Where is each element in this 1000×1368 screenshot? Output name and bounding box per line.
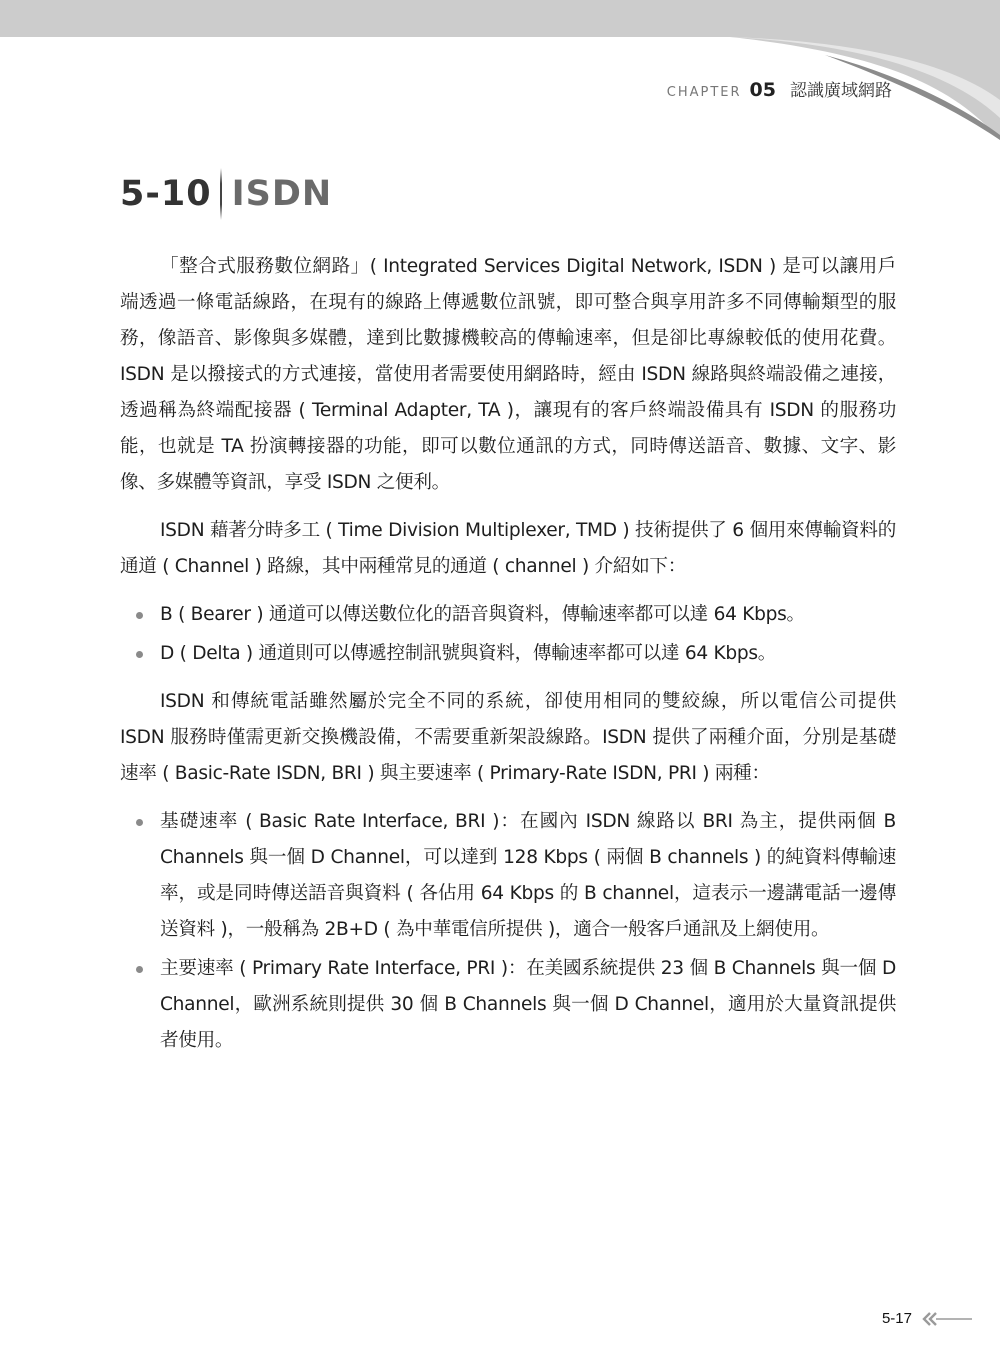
section-number: 5-10	[120, 174, 212, 214]
list-item-text: 主要速率 ( Primary Rate Interface, PRI )：在美國…	[160, 958, 896, 1051]
paragraph-intro: 「整合式服務數位網路」( Integrated Services Digital…	[120, 249, 896, 501]
list-item: B ( Bearer ) 通道可以傳送數位化的語音與資料，傳輸速率都可以達 64…	[120, 597, 896, 633]
body-content: 「整合式服務數位網路」( Integrated Services Digital…	[120, 249, 896, 1071]
channel-list: B ( Bearer ) 通道可以傳送數位化的語音與資料，傳輸速率都可以達 64…	[120, 597, 896, 672]
list-item-text: 基礎速率 ( Basic Rate Interface, BRI )：在國內 I…	[160, 811, 896, 940]
section-divider	[220, 168, 222, 220]
list-item: 主要速率 ( Primary Rate Interface, PRI )：在美國…	[120, 951, 896, 1059]
page-number: 5-17	[882, 1310, 912, 1327]
paragraph-interfaces: ISDN 和傳統電話雖然屬於完全不同的系統，卻使用相同的雙絞線，所以電信公司提供…	[120, 684, 896, 792]
bullet-icon	[136, 612, 143, 619]
section-title: ISDN	[232, 174, 333, 214]
section-heading: 5-10 ISDN	[120, 168, 332, 220]
page-footer: 5-17	[882, 1310, 972, 1327]
list-item: 基礎速率 ( Basic Rate Interface, BRI )：在國內 I…	[120, 804, 896, 948]
bullet-icon	[136, 819, 143, 826]
list-item-text: D ( Delta ) 通道則可以傳遞控制訊號與資料，傳輸速率都可以達 64 K…	[160, 643, 776, 664]
bullet-icon	[136, 966, 143, 973]
header-decoration	[0, 0, 1000, 140]
chapter-label: CHAPTER	[667, 85, 742, 100]
chapter-number: 05	[750, 79, 776, 101]
running-header: CHAPTER 05 認識廣域網路	[667, 76, 892, 101]
list-item: D ( Delta ) 通道則可以傳遞控制訊號與資料，傳輸速率都可以達 64 K…	[120, 636, 896, 672]
paragraph-channels: ISDN 藉著分時多工 ( Time Division Multiplexer,…	[120, 513, 896, 585]
bullet-icon	[136, 651, 143, 658]
list-item-text: B ( Bearer ) 通道可以傳送數位化的語音與資料，傳輸速率都可以達 64…	[160, 604, 805, 625]
double-chevron-left-icon	[922, 1312, 972, 1326]
chapter-title: 認識廣域網路	[790, 76, 892, 101]
interface-list: 基礎速率 ( Basic Rate Interface, BRI )：在國內 I…	[120, 804, 896, 1059]
